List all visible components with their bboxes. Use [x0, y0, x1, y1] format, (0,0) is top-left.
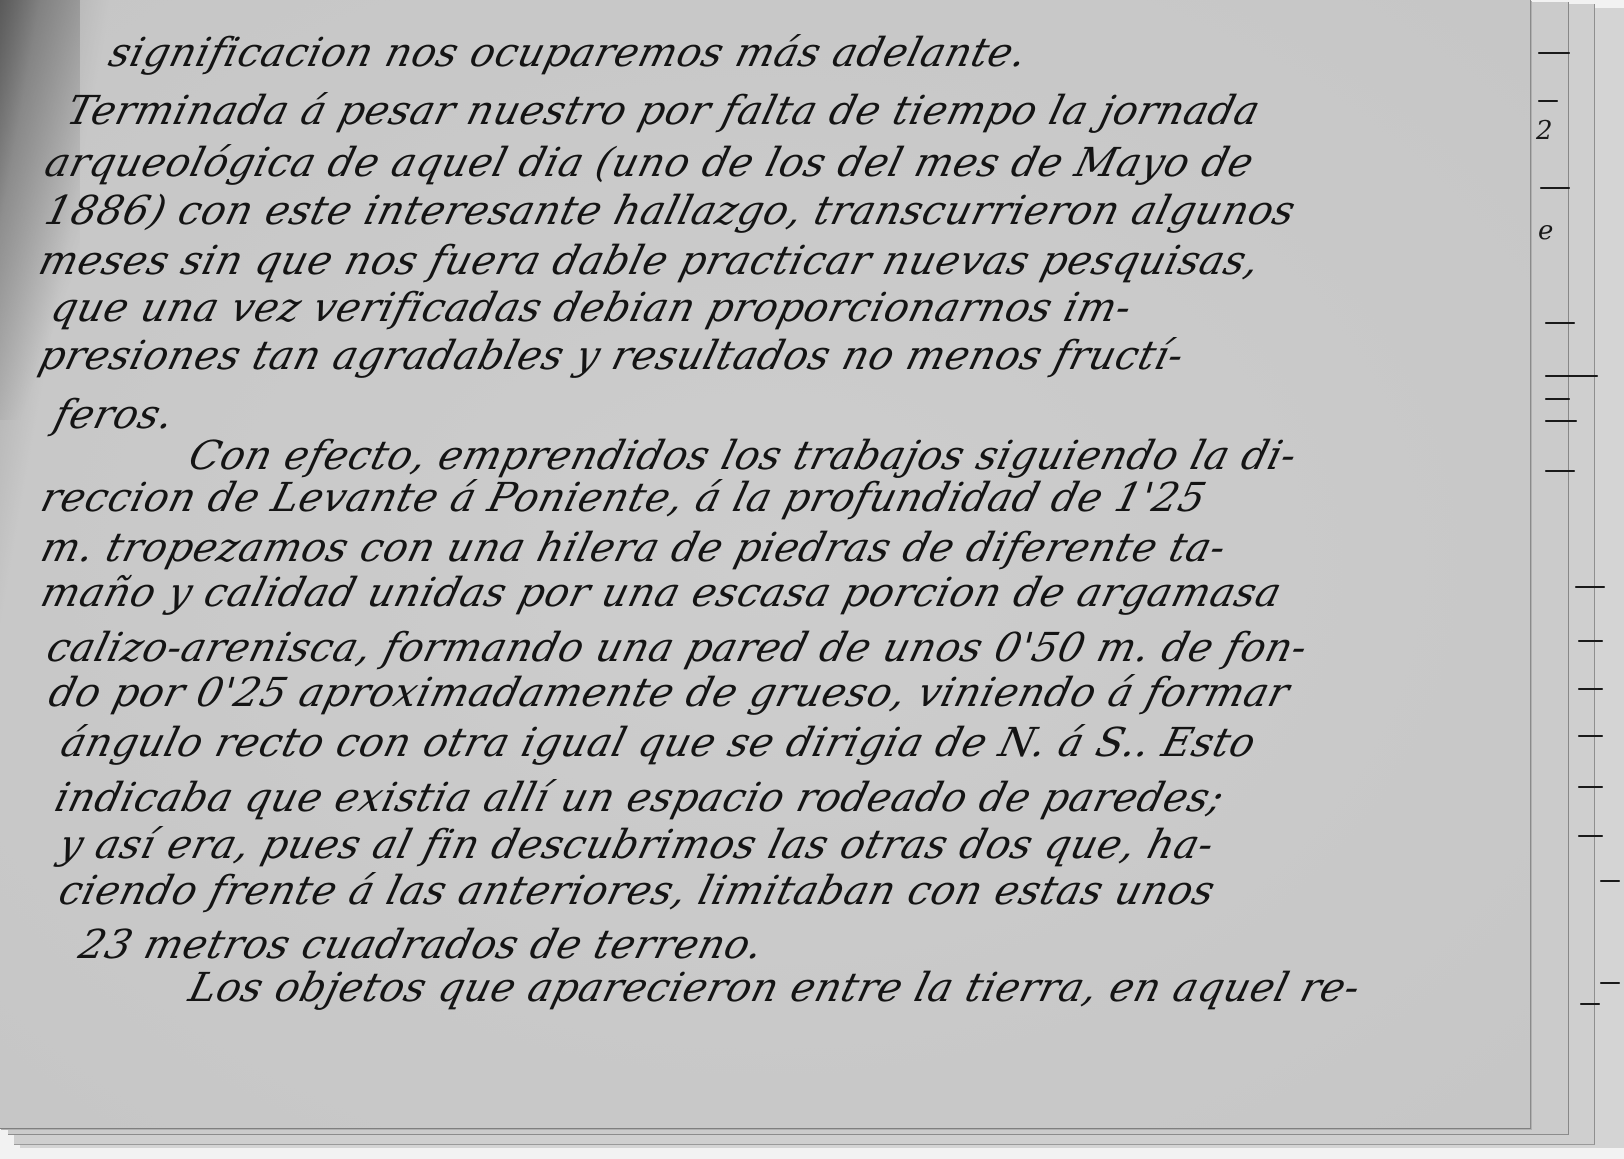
text-line: que una vez verificadas debian proporcio…: [46, 285, 1136, 331]
text-line: presiones tan agradables y resultados no…: [34, 333, 1188, 379]
margin-tick: [1545, 375, 1575, 377]
margin-tick: [1538, 52, 1570, 54]
margin-tick: [1545, 420, 1577, 422]
text-line: do por 0'25 aproximadamente de grueso, v…: [44, 670, 1294, 716]
text-line: ciendo frente á las anteriores, limitaba…: [54, 868, 1219, 914]
text-line: reccion de Levante á Poniente, á la prof…: [36, 475, 1210, 521]
text-line: meses sin que nos fuera dable practicar …: [34, 238, 1264, 284]
paragraph-start-line: Los objetos que aparecieron entre la tie…: [184, 965, 1365, 1011]
margin-glyph: 2: [1536, 118, 1553, 144]
text-line: y así era, pues al fin descubrimos las o…: [54, 822, 1218, 868]
text-line: calizo-arenisca, formando una pared de u…: [42, 625, 1312, 671]
text-line: feros.: [49, 392, 178, 438]
manuscript-page: significacion nos ocuparemos más adelant…: [0, 0, 1531, 1129]
margin-tick: [1545, 322, 1575, 324]
margin-tick: [1575, 586, 1605, 588]
margin-tick: [1538, 100, 1558, 102]
margin-tick: [1580, 1003, 1600, 1005]
text-line: m. tropezamos con una hilera de piedras …: [36, 525, 1231, 571]
margin-tick: [1600, 880, 1620, 882]
margin-tick: [1545, 470, 1575, 472]
handwritten-text-block: significacion nos ocuparemos más adelant…: [0, 0, 1530, 1128]
margin-tick: [1600, 982, 1620, 984]
paragraph-start-line: Con efecto, emprendidos los trabajos sig…: [184, 433, 1301, 479]
margin-tick: [1578, 688, 1603, 690]
text-line: ángulo recto con otra igual que se dirig…: [56, 720, 1260, 766]
margin-tick: [1578, 640, 1603, 642]
margin-tick: [1578, 835, 1603, 837]
margin-glyph: e: [1538, 218, 1553, 244]
margin-tick: [1573, 375, 1598, 377]
text-line: 23 metros cuadrados de terreno.: [74, 922, 768, 968]
margin-tick: [1578, 735, 1603, 737]
text-line: arqueológica de aquel dia (uno de los de…: [40, 140, 1258, 186]
text-line: 1886) con este interesante hallazgo, tra…: [40, 188, 1300, 234]
margin-tick: [1578, 786, 1603, 788]
scanned-manuscript: significacion nos ocuparemos más adelant…: [0, 0, 1624, 1159]
text-line: significacion nos ocuparemos más adelant…: [104, 30, 1031, 76]
margin-tick: [1540, 187, 1570, 189]
text-line: maño y calidad unidas por una escasa por…: [36, 570, 1286, 616]
text-line: indicaba que existia allí un espacio rod…: [50, 775, 1229, 821]
text-line: Terminada á pesar nuestro por falta de t…: [62, 88, 1265, 134]
margin-tick: [1545, 398, 1570, 400]
